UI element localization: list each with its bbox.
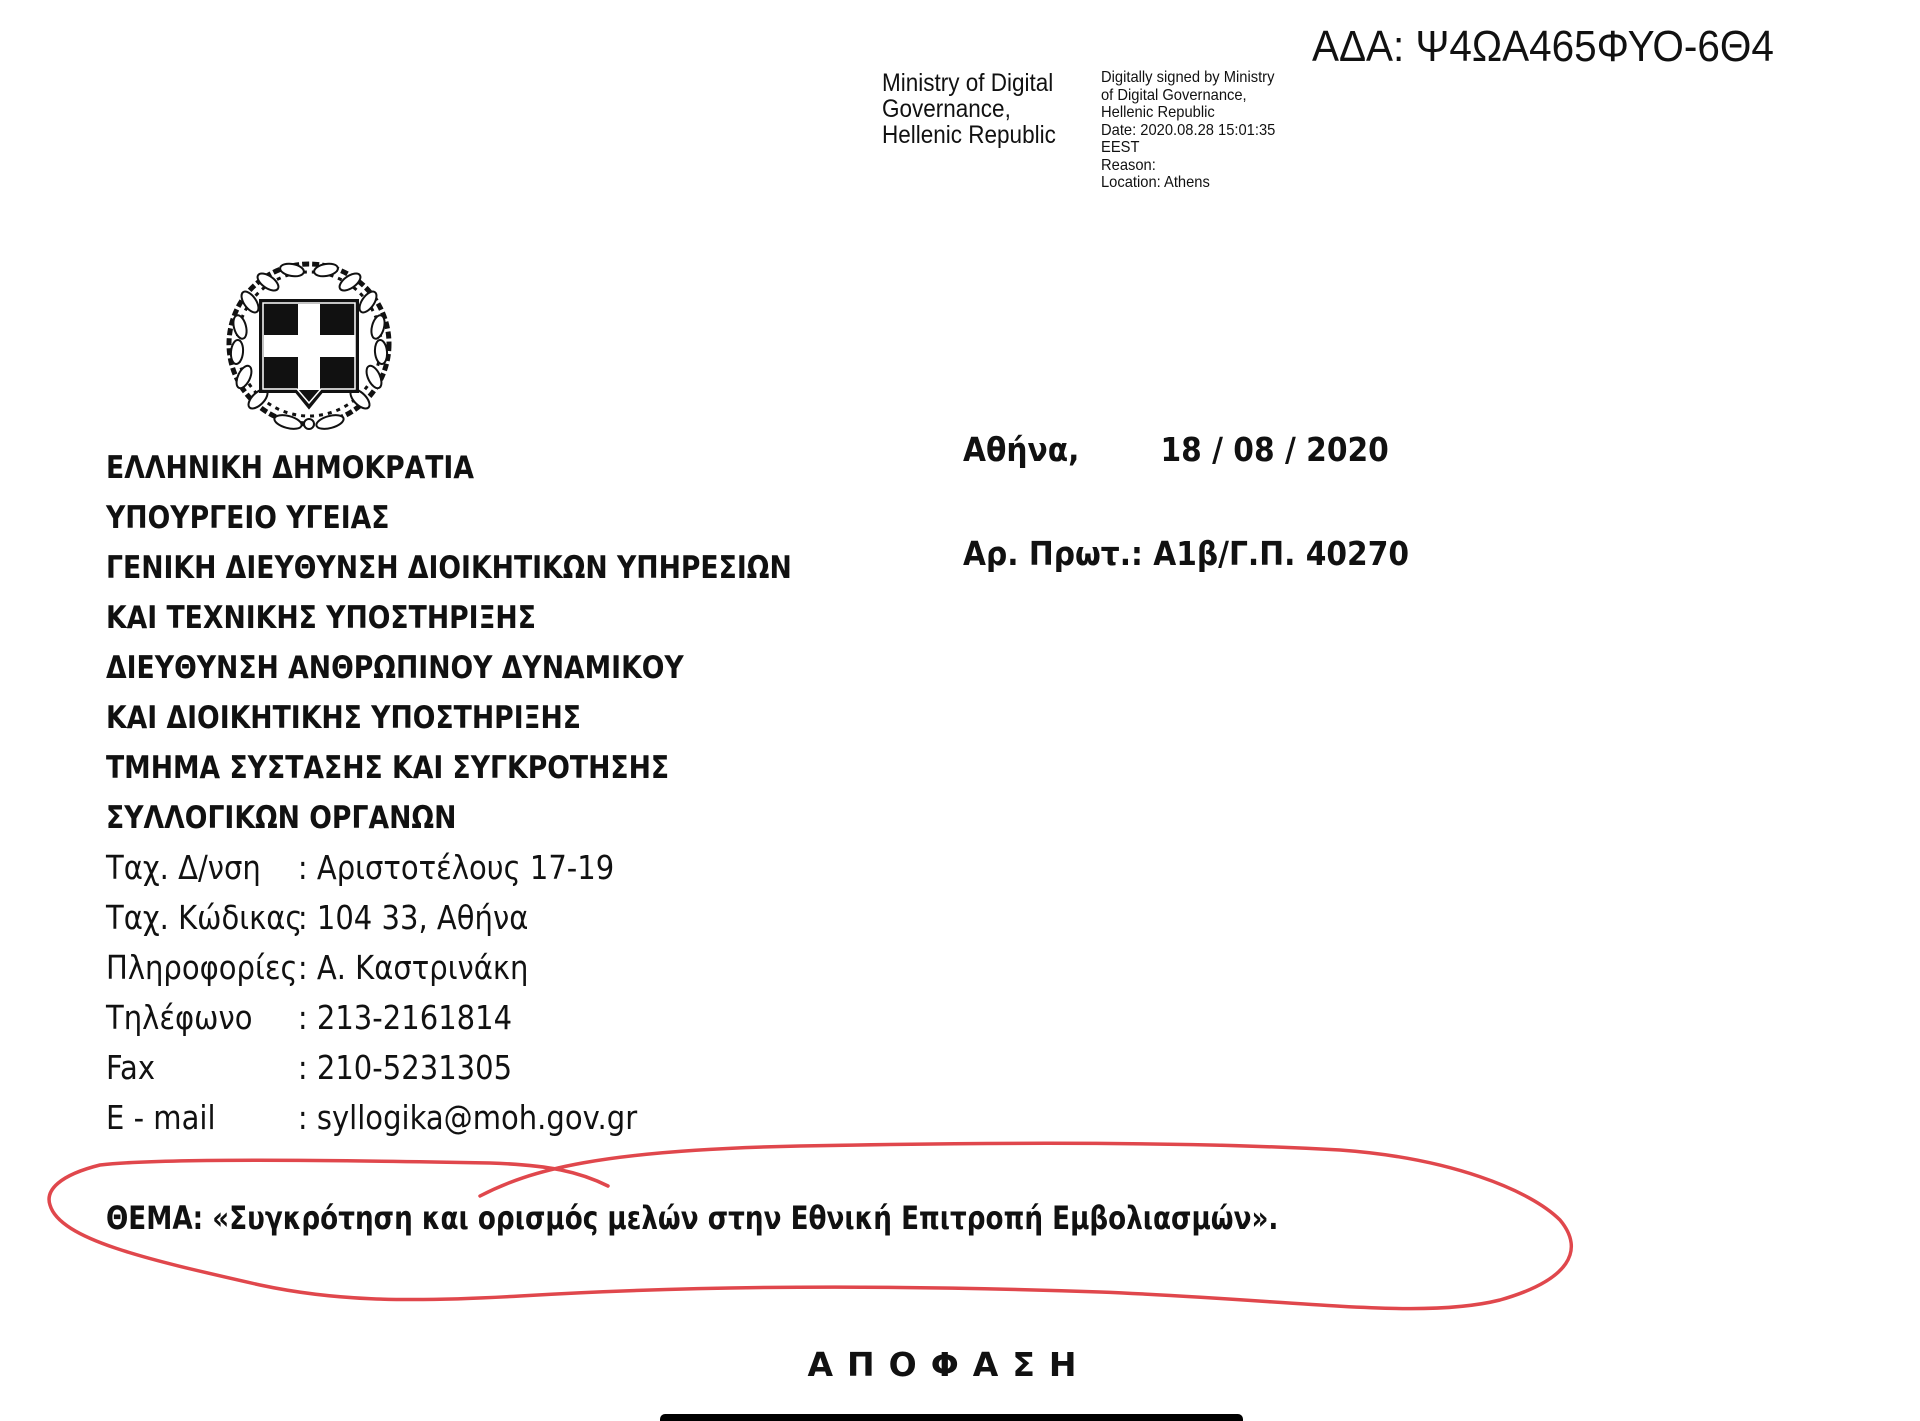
subject-line: ΘΕΜΑ: «Συγκρότηση και ορισμός μελών στην… <box>106 1199 1278 1237</box>
digital-signature-details: Digitally signed by Ministry of Digital … <box>1101 69 1275 192</box>
signer-name: Ministry of Digital Governance, Hellenic… <box>882 70 1056 148</box>
contact-row-phone: Τηλέφωνο : 213-2161814 <box>106 993 637 1043</box>
contact-email: : syllogika@moh.gov.gr <box>298 1093 637 1143</box>
org-line: ΚΑΙ ΤΕΧΝΙΚΗΣ ΥΠΟΣΤΗΡΙΞΗΣ <box>106 593 792 643</box>
signer-name-line: Ministry of Digital <box>882 70 1056 96</box>
contact-value: : 210-5231305 <box>298 1043 512 1093</box>
signer-name-line: Hellenic Republic <box>882 122 1056 148</box>
signature-location: Location: Athens <box>1101 174 1275 192</box>
contact-value: : Αριστοτέλους 17-19 <box>298 843 614 893</box>
contact-row-postcode: Ταχ. Κώδικας : 104 33, Αθήνα <box>106 893 637 943</box>
contact-value: : Α. Καστρινάκη <box>298 943 529 993</box>
contact-row-fax: Fax : 210-5231305 <box>106 1043 637 1093</box>
contact-value: : 213-2161814 <box>298 993 512 1043</box>
decision-heading: ΑΠΟΦΑΣΗ <box>0 1345 1898 1384</box>
home-indicator-bar <box>660 1414 1243 1421</box>
signature-line: Hellenic Republic <box>1101 104 1275 122</box>
signature-line: Digitally signed by Ministry <box>1101 69 1275 87</box>
org-line: ΓΕΝΙΚΗ ΔΙΕΥΘΥΝΣΗ ΔΙΟΙΚΗΤΙΚΩΝ ΥΠΗΡΕΣΙΩΝ <box>106 543 792 593</box>
issuing-organization: ΕΛΛΗΝΙΚΗ ΔΗΜΟΚΡΑΤΙΑ ΥΠΟΥΡΓΕΙΟ ΥΓΕΙΑΣ ΓΕΝ… <box>106 443 792 843</box>
place-and-date: Αθήνα,18 / 08 / 2020 <box>963 430 1389 469</box>
signature-reason: Reason: <box>1101 157 1275 175</box>
contact-label: E - mail <box>106 1093 298 1143</box>
org-line: ΥΠΟΥΡΓΕΙΟ ΥΓΕΙΑΣ <box>106 493 792 543</box>
org-line: ΚΑΙ ΔΙΟΙΚΗΤΙΚΗΣ ΥΠΟΣΤΗΡΙΞΗΣ <box>106 693 792 743</box>
protocol-number: Αρ. Πρωτ.: Α1β/Γ.Π. 40270 <box>963 534 1409 573</box>
contact-info: Ταχ. Δ/νση : Αριστοτέλους 17-19 Ταχ. Κώδ… <box>106 843 637 1143</box>
org-line: ΔΙΕΥΘΥΝΣΗ ΑΝΘΡΩΠΙΝΟΥ ΔΥΝΑΜΙΚΟΥ <box>106 643 792 693</box>
document-page: ΑΔΑ: Ψ4ΩΑ465ΦΥΟ-6Θ4 Ministry of Digital … <box>0 0 1920 1421</box>
place: Αθήνα, <box>963 430 1079 469</box>
contact-label: Πληροφορίες <box>106 943 298 993</box>
hellenic-republic-coat-of-arms-icon <box>218 252 400 438</box>
contact-label: Ταχ. Δ/νση <box>106 843 298 893</box>
contact-label: Ταχ. Κώδικας <box>106 893 298 943</box>
contact-row-info: Πληροφορίες : Α. Καστρινάκη <box>106 943 637 993</box>
org-line: ΣΥΛΛΟΓΙΚΩΝ ΟΡΓΑΝΩΝ <box>106 793 792 843</box>
document-date: 18 / 08 / 2020 <box>1160 430 1388 469</box>
signer-name-line: Governance, <box>882 96 1056 122</box>
contact-value: : 104 33, Αθήνα <box>298 893 528 943</box>
contact-label: Τηλέφωνο <box>106 993 298 1043</box>
contact-row-email: E - mail : syllogika@moh.gov.gr <box>106 1093 637 1143</box>
ada-code: ΑΔΑ: Ψ4ΩΑ465ΦΥΟ-6Θ4 <box>1312 22 1774 72</box>
contact-label: Fax <box>106 1043 298 1093</box>
org-line: ΕΛΛΗΝΙΚΗ ΔΗΜΟΚΡΑΤΙΑ <box>106 443 792 493</box>
signature-line: EEST <box>1101 139 1275 157</box>
contact-row-address: Ταχ. Δ/νση : Αριστοτέλους 17-19 <box>106 843 637 893</box>
signature-line: of Digital Governance, <box>1101 87 1275 105</box>
org-line: ΤΜΗΜΑ ΣΥΣΤΑΣΗΣ ΚΑΙ ΣΥΓΚΡΟΤΗΣΗΣ <box>106 743 792 793</box>
signature-date: Date: 2020.08.28 15:01:35 <box>1101 122 1275 140</box>
